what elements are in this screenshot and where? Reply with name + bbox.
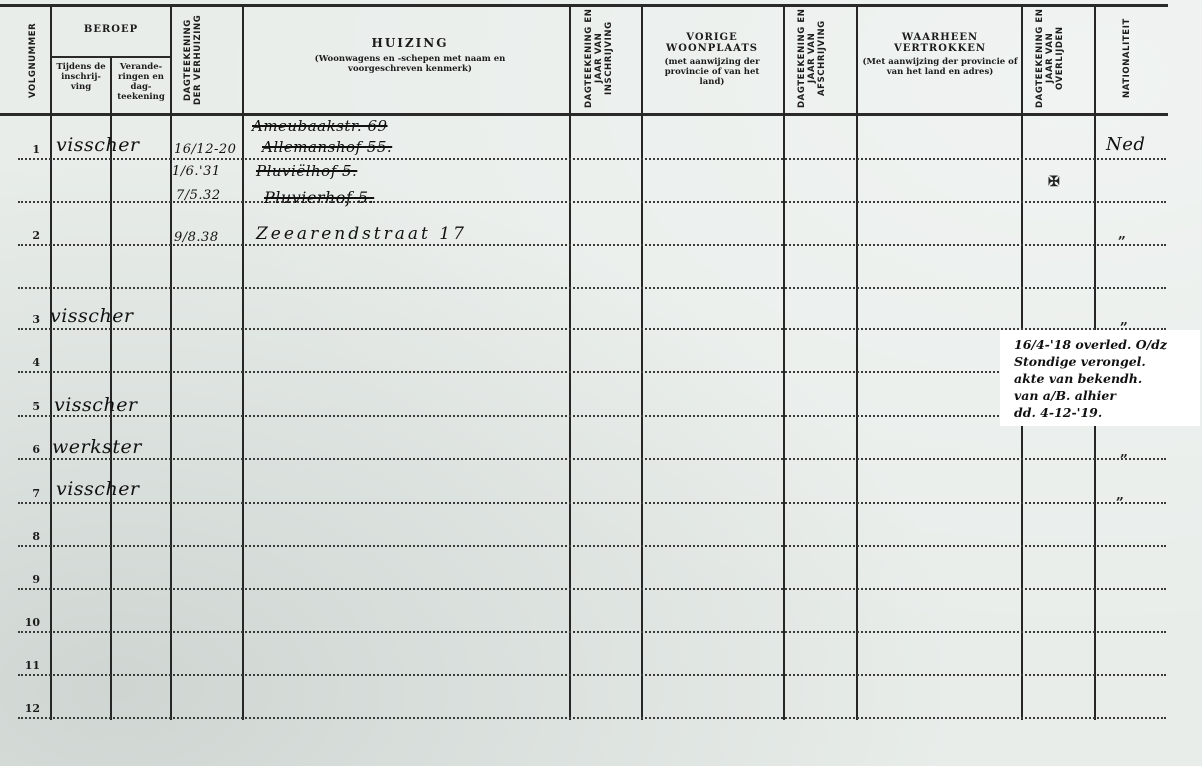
row-number: 5 — [10, 400, 40, 413]
header-vorige-sub: (met aanwijzing der provincie of van het… — [652, 57, 772, 87]
header-waarheen-title: WAARHEEN VERTROKKEN — [862, 32, 1018, 54]
ditto-mark: „ — [1120, 444, 1128, 460]
header-volgnummer: VOLGNUMMER — [28, 12, 38, 108]
row-number: 8 — [10, 530, 40, 543]
row-line — [18, 371, 1166, 373]
row-number: 3 — [10, 313, 40, 326]
header-waarheen-vertrokken: WAARHEEN VERTROKKEN (Met aanwijzing der … — [862, 32, 1018, 77]
header-beroep-title: BEROEP — [84, 24, 138, 35]
huizing-entry: Ameubaakstr. 69 — [252, 117, 388, 135]
beroep-entry: visscher — [56, 134, 140, 156]
ditto-mark: „ — [1118, 226, 1126, 242]
header-dagteekening-overlijden: DAGTEEKENING EN JAAR VAN OVERLIJDEN — [1035, 8, 1081, 108]
nationaliteit-value: Ned — [1106, 134, 1145, 155]
col-line-3 — [170, 6, 172, 720]
row-number: 2 — [10, 229, 40, 242]
margin-note-line: 16/4-'18 overled. O/dz — [1014, 336, 1200, 353]
row-number: 9 — [10, 573, 40, 586]
header-dagteekening-inschrijving: DAGTEEKENING EN JAAR VAN INSCHRIJVING — [584, 8, 630, 108]
register-card: VOLGNUMMER BEROEP Tijdens de inschrij-vi… — [0, 0, 1202, 766]
row-line — [18, 502, 1166, 504]
col-line-2 — [110, 57, 112, 720]
header-huizing: HUIZING (Woonwagens en -schepen met naam… — [300, 38, 520, 74]
huizing-entry: Zeearendstraat 17 — [256, 224, 467, 244]
col-line-7 — [783, 6, 785, 720]
col-line-4 — [242, 6, 244, 720]
row-line — [18, 158, 1166, 160]
margin-note-line: Stondige verongel. — [1014, 353, 1200, 370]
verhuizing-date: 1/6.'31 — [172, 164, 221, 179]
huizing-entry: Allemanshof 55. — [262, 138, 392, 156]
row-line — [18, 328, 1166, 330]
deceased-mark-icon: ✠ — [1048, 174, 1060, 190]
row-number: 10 — [10, 616, 40, 629]
row-number: 1 — [10, 143, 40, 156]
header-dagteekening-verhuizing: DAGTEEKENING DER VERHUIZING — [183, 10, 229, 110]
row-number: 6 — [10, 443, 40, 456]
margin-note: 16/4-'18 overled. O/dz Stondige verongel… — [1000, 330, 1200, 426]
header-bottom-line — [0, 113, 1168, 116]
row-number: 11 — [10, 659, 40, 672]
verhuizing-date: 16/12-20 — [174, 142, 236, 157]
row-line — [18, 674, 1166, 676]
beroep-entry: visscher — [56, 478, 140, 500]
huizing-entry: Pluviëlhof 5. — [256, 162, 357, 180]
row-number: 4 — [10, 356, 40, 369]
ditto-mark: „ — [1120, 312, 1128, 328]
header-nationaliteit: NATIONALITEIT — [1122, 10, 1132, 106]
margin-note-line: van a/B. alhier — [1014, 387, 1200, 404]
beroep-entry: visscher — [50, 305, 134, 327]
row-line — [18, 717, 1166, 719]
verhuizing-date: 9/8.38 — [174, 230, 219, 245]
beroep-entry: visscher — [54, 394, 138, 416]
header-dagteekening-afschrijving: DAGTEEKENING EN JAAR VAN AFSCHRIJVING — [797, 8, 843, 108]
ditto-mark: „ — [1116, 487, 1124, 503]
row-number: 7 — [10, 487, 40, 500]
huizing-entry: Pluvierhof 5. — [264, 188, 374, 207]
top-border-line — [0, 4, 1168, 7]
col-line-6 — [641, 6, 643, 720]
row-line — [18, 415, 1166, 417]
header-waarheen-sub: (Met aanwijzing der provincie of van het… — [862, 57, 1018, 77]
header-beroep-tijdens: Tijdens de inschrij-ving — [52, 62, 110, 92]
row-line — [18, 631, 1166, 633]
beroep-entry: werkster — [52, 436, 142, 458]
verhuizing-date: 7/5.32 — [176, 188, 221, 203]
row-line — [18, 458, 1166, 460]
header-vorige-woonplaats: VORIGE WOONPLAATS (met aanwijzing der pr… — [652, 32, 772, 87]
col-line-5 — [569, 6, 571, 720]
col-line-1 — [50, 6, 52, 720]
row-line — [18, 545, 1166, 547]
margin-note-line: akte van bekendh. — [1014, 370, 1200, 387]
header-huizing-title: HUIZING — [300, 38, 520, 48]
col-line-8 — [856, 6, 858, 720]
row-number: 12 — [10, 702, 40, 715]
header-beroep: BEROEP — [52, 24, 170, 35]
row-line — [18, 287, 1166, 289]
margin-note-line: dd. 4-12-'19. — [1014, 404, 1200, 421]
header-vorige-title: VORIGE WOONPLAATS — [652, 32, 772, 54]
header-beroep-veranderingen: Verande-ringen en dag-teekening — [112, 62, 170, 102]
row-line — [18, 588, 1166, 590]
header-huizing-sub: (Woonwagens en -schepen met naam en voor… — [300, 54, 520, 74]
